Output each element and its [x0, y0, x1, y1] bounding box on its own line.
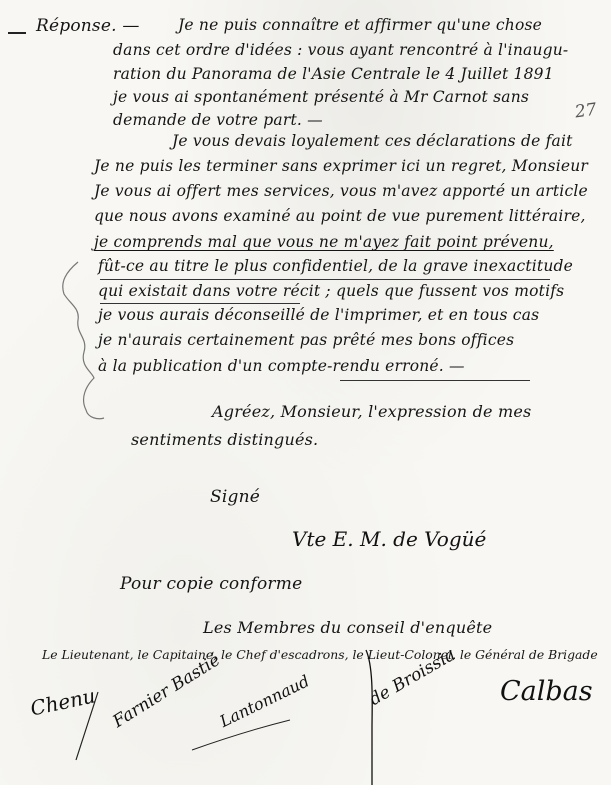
margin-bracket-mark: [58, 258, 118, 428]
margin-dash: [8, 32, 26, 34]
underline-compte-rendu: [340, 380, 530, 381]
response-heading: Réponse. —: [36, 16, 140, 36]
certification-line: Pour copie conforme: [120, 574, 302, 594]
body-line-9: que nous avons examiné au point de vue p…: [94, 207, 586, 225]
body-line-3: ration du Panorama de l'Asie Centrale le…: [113, 65, 554, 83]
signatory-name: Vte E. M. de Vogüé: [292, 527, 486, 551]
body-line-11: fût-ce au titre le plus confidentiel, de…: [98, 257, 573, 275]
underline-recit: [100, 303, 300, 304]
signature-stroke-2: [190, 700, 350, 780]
signature-stroke-1: [68, 690, 108, 770]
body-line-13: je vous aurais déconseillé de l'imprimer…: [98, 306, 539, 324]
closing-line-2: sentiments distingués.: [131, 430, 318, 449]
margin-page-note: 27: [574, 100, 598, 123]
body-line-15: à la publication d'un compte-rendu erron…: [98, 357, 465, 375]
body-line-14: je n'aurais certainement pas prêté mes b…: [98, 331, 514, 349]
ranks-line: Le Lieutenant, le Capitaine, le Chef d'e…: [42, 647, 598, 662]
body-line-2: dans cet ordre d'idées : vous ayant renc…: [113, 41, 568, 59]
body-line-10: je comprends mal que vous ne m'ayez fait…: [94, 233, 554, 251]
body-line-5: demande de votre part. —: [113, 111, 323, 129]
body-line-4: je vous ai spontanément présenté à Mr Ca…: [113, 88, 529, 106]
signature-flourish-vertical: [362, 648, 382, 785]
underline-confidentiel: [100, 279, 550, 280]
body-line-6: Je vous devais loyalement ces déclaratio…: [172, 132, 573, 150]
body-line-12: qui existait dans votre récit ; quels qu…: [98, 282, 564, 300]
heading-label: Réponse.: [36, 16, 117, 36]
body-line-1: Je ne puis connaître et affirmer qu'une …: [178, 16, 542, 34]
scanned-letter-page: Réponse. — Je ne puis connaître et affir…: [0, 0, 611, 785]
closing-line-1: Agréez, Monsieur, l'expression de mes: [212, 402, 531, 421]
council-heading: Les Membres du conseil d'enquête: [203, 618, 492, 637]
signature-general: Calbas: [500, 676, 593, 707]
signed-label: Signé: [210, 487, 260, 507]
body-line-8: Je vous ai offert mes services, vous m'a…: [94, 182, 588, 200]
body-line-7: Je ne puis les terminer sans exprimer ic…: [94, 157, 588, 175]
